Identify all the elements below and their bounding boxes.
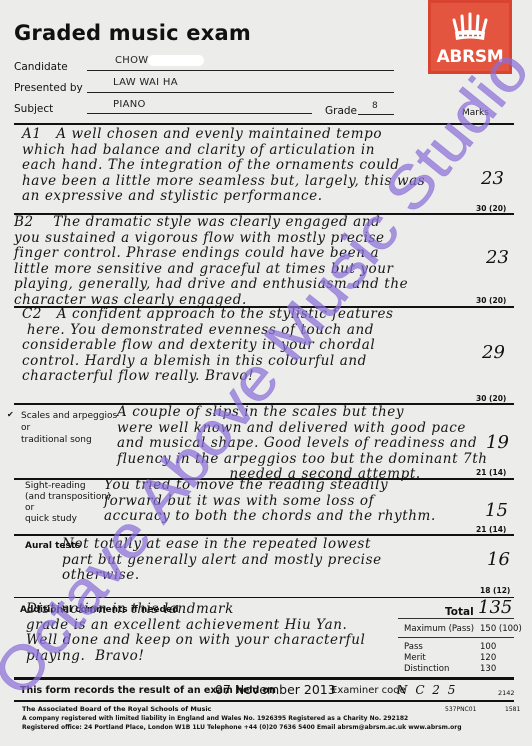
comment-a1: A1 A well chosen and evenly maintained t… xyxy=(22,127,425,205)
subject-label: Subject xyxy=(14,103,53,115)
divider-aural xyxy=(14,597,514,598)
total-divider xyxy=(398,618,514,619)
mark-aural: 16 xyxy=(487,549,510,570)
check-icon: ✔ xyxy=(7,410,14,419)
redaction-box xyxy=(148,55,204,66)
max-sight-reading: 21 (14) xyxy=(476,525,506,534)
max-divider xyxy=(398,637,514,638)
max-pass-label: Maximum (Pass) xyxy=(404,624,474,634)
max-c2: 30 (20) xyxy=(476,394,506,403)
distinction-value: 130 xyxy=(480,664,496,674)
examiner-code: N C 2 5 xyxy=(397,683,457,697)
form-ref: 2142 xyxy=(498,689,515,697)
presented-by-underline xyxy=(87,92,394,93)
footer-ref-2: 1581 xyxy=(505,706,520,713)
comment-sight-reading: You tried to move the reading steadily f… xyxy=(104,478,436,525)
presented-by-value: LAW WAI HA xyxy=(113,77,178,88)
max-pass-value: 150 (100) xyxy=(480,624,522,634)
candidate-value: CHOW xyxy=(115,55,148,66)
mark-c2: 29 xyxy=(482,342,505,363)
distinction-label: Distinction xyxy=(404,664,449,674)
exam-date: 07 November 2013 xyxy=(215,682,336,697)
examiner-code-label: Examiner code xyxy=(331,685,406,696)
comment-aural: Not totally at ease in the repeated lowe… xyxy=(62,537,382,584)
max-aural: 18 (12) xyxy=(480,586,510,595)
presented-by-label: Presented by xyxy=(14,82,83,94)
max-a1: 30 (20) xyxy=(476,204,506,213)
max-scales: 21 (14) xyxy=(476,468,506,477)
grade-underline xyxy=(358,114,394,115)
subject-underline xyxy=(87,113,312,114)
mark-scales: 19 xyxy=(486,432,509,453)
abrsm-logo: ABRSM xyxy=(428,0,512,74)
comment-b2: B2 The dramatic style was clearly engage… xyxy=(14,215,408,308)
footer-line-1: The Associated Board of the Royal School… xyxy=(22,705,211,714)
pass-value: 100 xyxy=(480,642,496,652)
total-value: 135 xyxy=(478,597,512,618)
totals-bottom-divider xyxy=(14,677,514,680)
merit-value: 120 xyxy=(480,653,496,663)
merit-label: Merit xyxy=(404,653,426,663)
form-title: Graded music exam xyxy=(14,21,251,45)
marks-label: Marks xyxy=(462,108,489,118)
crown-icon xyxy=(450,12,490,44)
subject-value: PIANO xyxy=(113,99,146,110)
max-b2: 30 (20) xyxy=(476,296,506,305)
total-label: Total xyxy=(445,606,474,618)
sight-reading-label: Sight-reading (and transposition) or qui… xyxy=(25,481,111,525)
candidate-underline xyxy=(87,70,394,71)
grade-value: 8 xyxy=(372,101,378,111)
record-divider xyxy=(14,700,514,702)
logo-text: ABRSM xyxy=(428,47,512,67)
header-divider xyxy=(14,123,514,125)
pass-label: Pass xyxy=(404,642,423,652)
mark-b2: 23 xyxy=(486,247,509,268)
comment-scales: A couple of slips in the scales but they… xyxy=(117,405,488,483)
scales-label: Scales and arpeggios or traditional song xyxy=(21,410,117,446)
footer-line-3: Registered office: 24 Portland Place, Lo… xyxy=(22,723,462,732)
comment-c2: C2 A confident approach to the stylistic… xyxy=(22,307,394,385)
grade-label: Grade xyxy=(325,105,357,117)
footer-ref-1: 537PNC01 xyxy=(445,706,476,713)
additional-comment: Distinction in this landmark grade is an… xyxy=(26,602,365,664)
exam-report-sheet: Graded music exam ABRSM Candidate CHOW P… xyxy=(0,0,532,746)
footer-line-2: A company registered with limited liabil… xyxy=(22,714,408,723)
mark-a1: 23 xyxy=(481,168,504,189)
mark-sight-reading: 15 xyxy=(485,500,508,521)
candidate-label: Candidate xyxy=(14,61,68,73)
